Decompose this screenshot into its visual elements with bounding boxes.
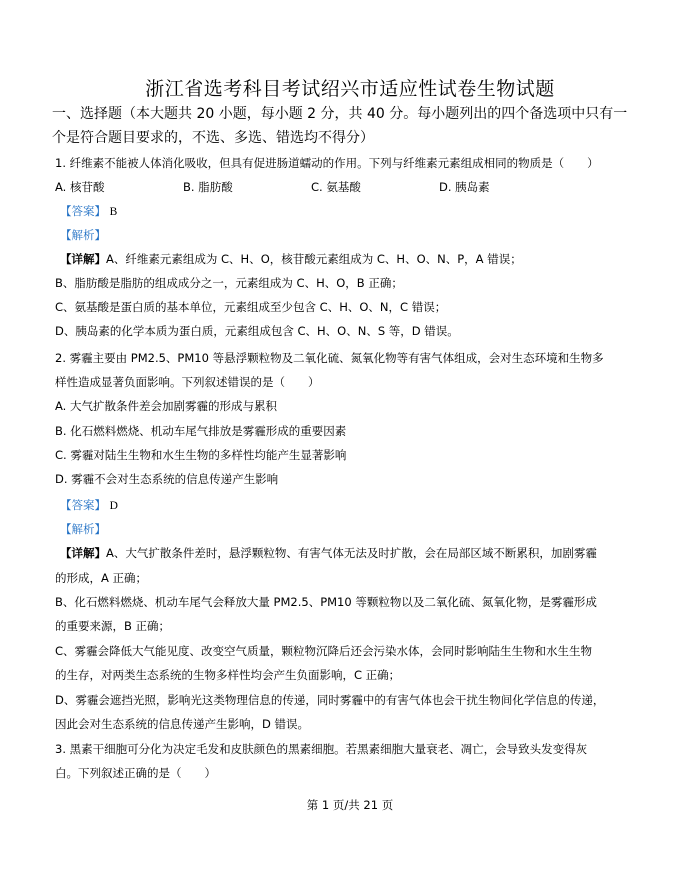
- option-d: D. 雾霾不会对生态系统的信息传递产生影响: [55, 471, 278, 487]
- option-c: C. 雾霾对陆生生物和水生生物的多样性均能产生显著影响: [55, 447, 346, 463]
- question-3-stem-line-2: 白。下列叙述正确的是（ ）: [55, 765, 216, 781]
- detail-line: D、胰岛素的化学本质为蛋白质，元素组成包含 C、H、O、N、S 等，D 错误。: [55, 323, 459, 339]
- detail-line: 的重要来源，B 正确；: [55, 618, 170, 634]
- document-title: 浙江省选考科目考试绍兴市适应性试卷生物试题: [0, 74, 700, 101]
- detail-line: 【详解】A、纤维素元素组成为 C、H、O，核苷酸元素组成为 C、H、O、N、P，…: [60, 251, 522, 267]
- option-b: B. 脂肪酸: [183, 179, 233, 195]
- detail-label: 【详解】: [60, 252, 106, 266]
- detail-line: 的形成，A 正确；: [55, 570, 147, 586]
- question-3-stem-line-1: 3. 黑素干细胞可分化为决定毛发和皮肤颜色的黑素细胞。若黑素细胞大量衰老、凋亡，…: [55, 741, 587, 757]
- detail-label: 【详解】: [60, 546, 106, 560]
- option-c: C. 氨基酸: [311, 179, 361, 195]
- detail-line: B、脂肪酸是脂肪的组成成分之一，元素组成为 C、H、O，B 正确；: [55, 275, 403, 291]
- detail-line: 因此会对生态系统的信息传递产生影响，D 错误。: [55, 716, 309, 732]
- option-a: A. 核苷酸: [55, 179, 104, 195]
- option-a: A. 大气扩散条件差会加剧雾霾的形成与累积: [55, 398, 277, 414]
- detail-line: B、化石燃料燃烧、机动车尾气会释放大量 PM2.5、PM10 等颗粒物以及二氧化…: [55, 594, 597, 610]
- option-d: D. 胰岛素: [439, 179, 490, 195]
- option-b: B. 化石燃料燃烧、机动车尾气排放是雾霾形成的重要因素: [55, 423, 346, 439]
- answer-line-1: 【答案】 B: [60, 203, 117, 220]
- section-header-line-2: 个是符合题目要求的，不选、多选、错选均不得分）: [52, 130, 374, 146]
- section-header-line-1: 一、选择题（本大题共 20 小题，每小题 2 分，共 40 分。每小题列出的四个…: [52, 106, 627, 122]
- answer-value: D: [110, 500, 118, 512]
- detail-line: C、雾霾会降低大气能见度、改变空气质量，颗粒物沉降后还会污染水体，会同时影响陆生…: [55, 643, 592, 659]
- page-footer: 第 1 页/共 21 页: [0, 797, 700, 813]
- analysis-label: 【解析】: [60, 227, 106, 243]
- detail-line: 的生存，对两类生态系统的生物多样性均会产生负面影响，C 正确；: [55, 667, 400, 683]
- detail-line: C、氨基酸是蛋白质的基本单位，元素组成至少包含 C、H、O、N，C 错误；: [55, 299, 446, 315]
- detail-line: 【详解】A、大气扩散条件差时，悬浮颗粒物、有害气体无法及时扩散，会在局部区域不断…: [60, 545, 597, 561]
- question-1-stem: 1. 纤维素不能被人体消化吸收，但具有促进肠道蠕动的作用。下列与纤维素元素组成相…: [55, 155, 599, 171]
- analysis-label: 【解析】: [60, 521, 106, 537]
- answer-value: B: [110, 206, 118, 218]
- answer-label: 【答案】: [60, 204, 106, 218]
- question-2-stem-line-1: 2. 雾霾主要由 PM2.5、PM10 等悬浮颗粒物及二氧化硫、氮氧化物等有害气…: [55, 350, 604, 366]
- answer-line-2: 【答案】 D: [60, 497, 118, 514]
- detail-line: D、雾霾会遮挡光照，影响光这类物理信息的传递，同时雾霾中的有害气体也会干扰生物间…: [55, 692, 604, 708]
- question-2-stem-line-2: 样性造成显著负面影响。下列叙述错误的是（ ）: [55, 374, 320, 390]
- answer-label: 【答案】: [60, 498, 106, 512]
